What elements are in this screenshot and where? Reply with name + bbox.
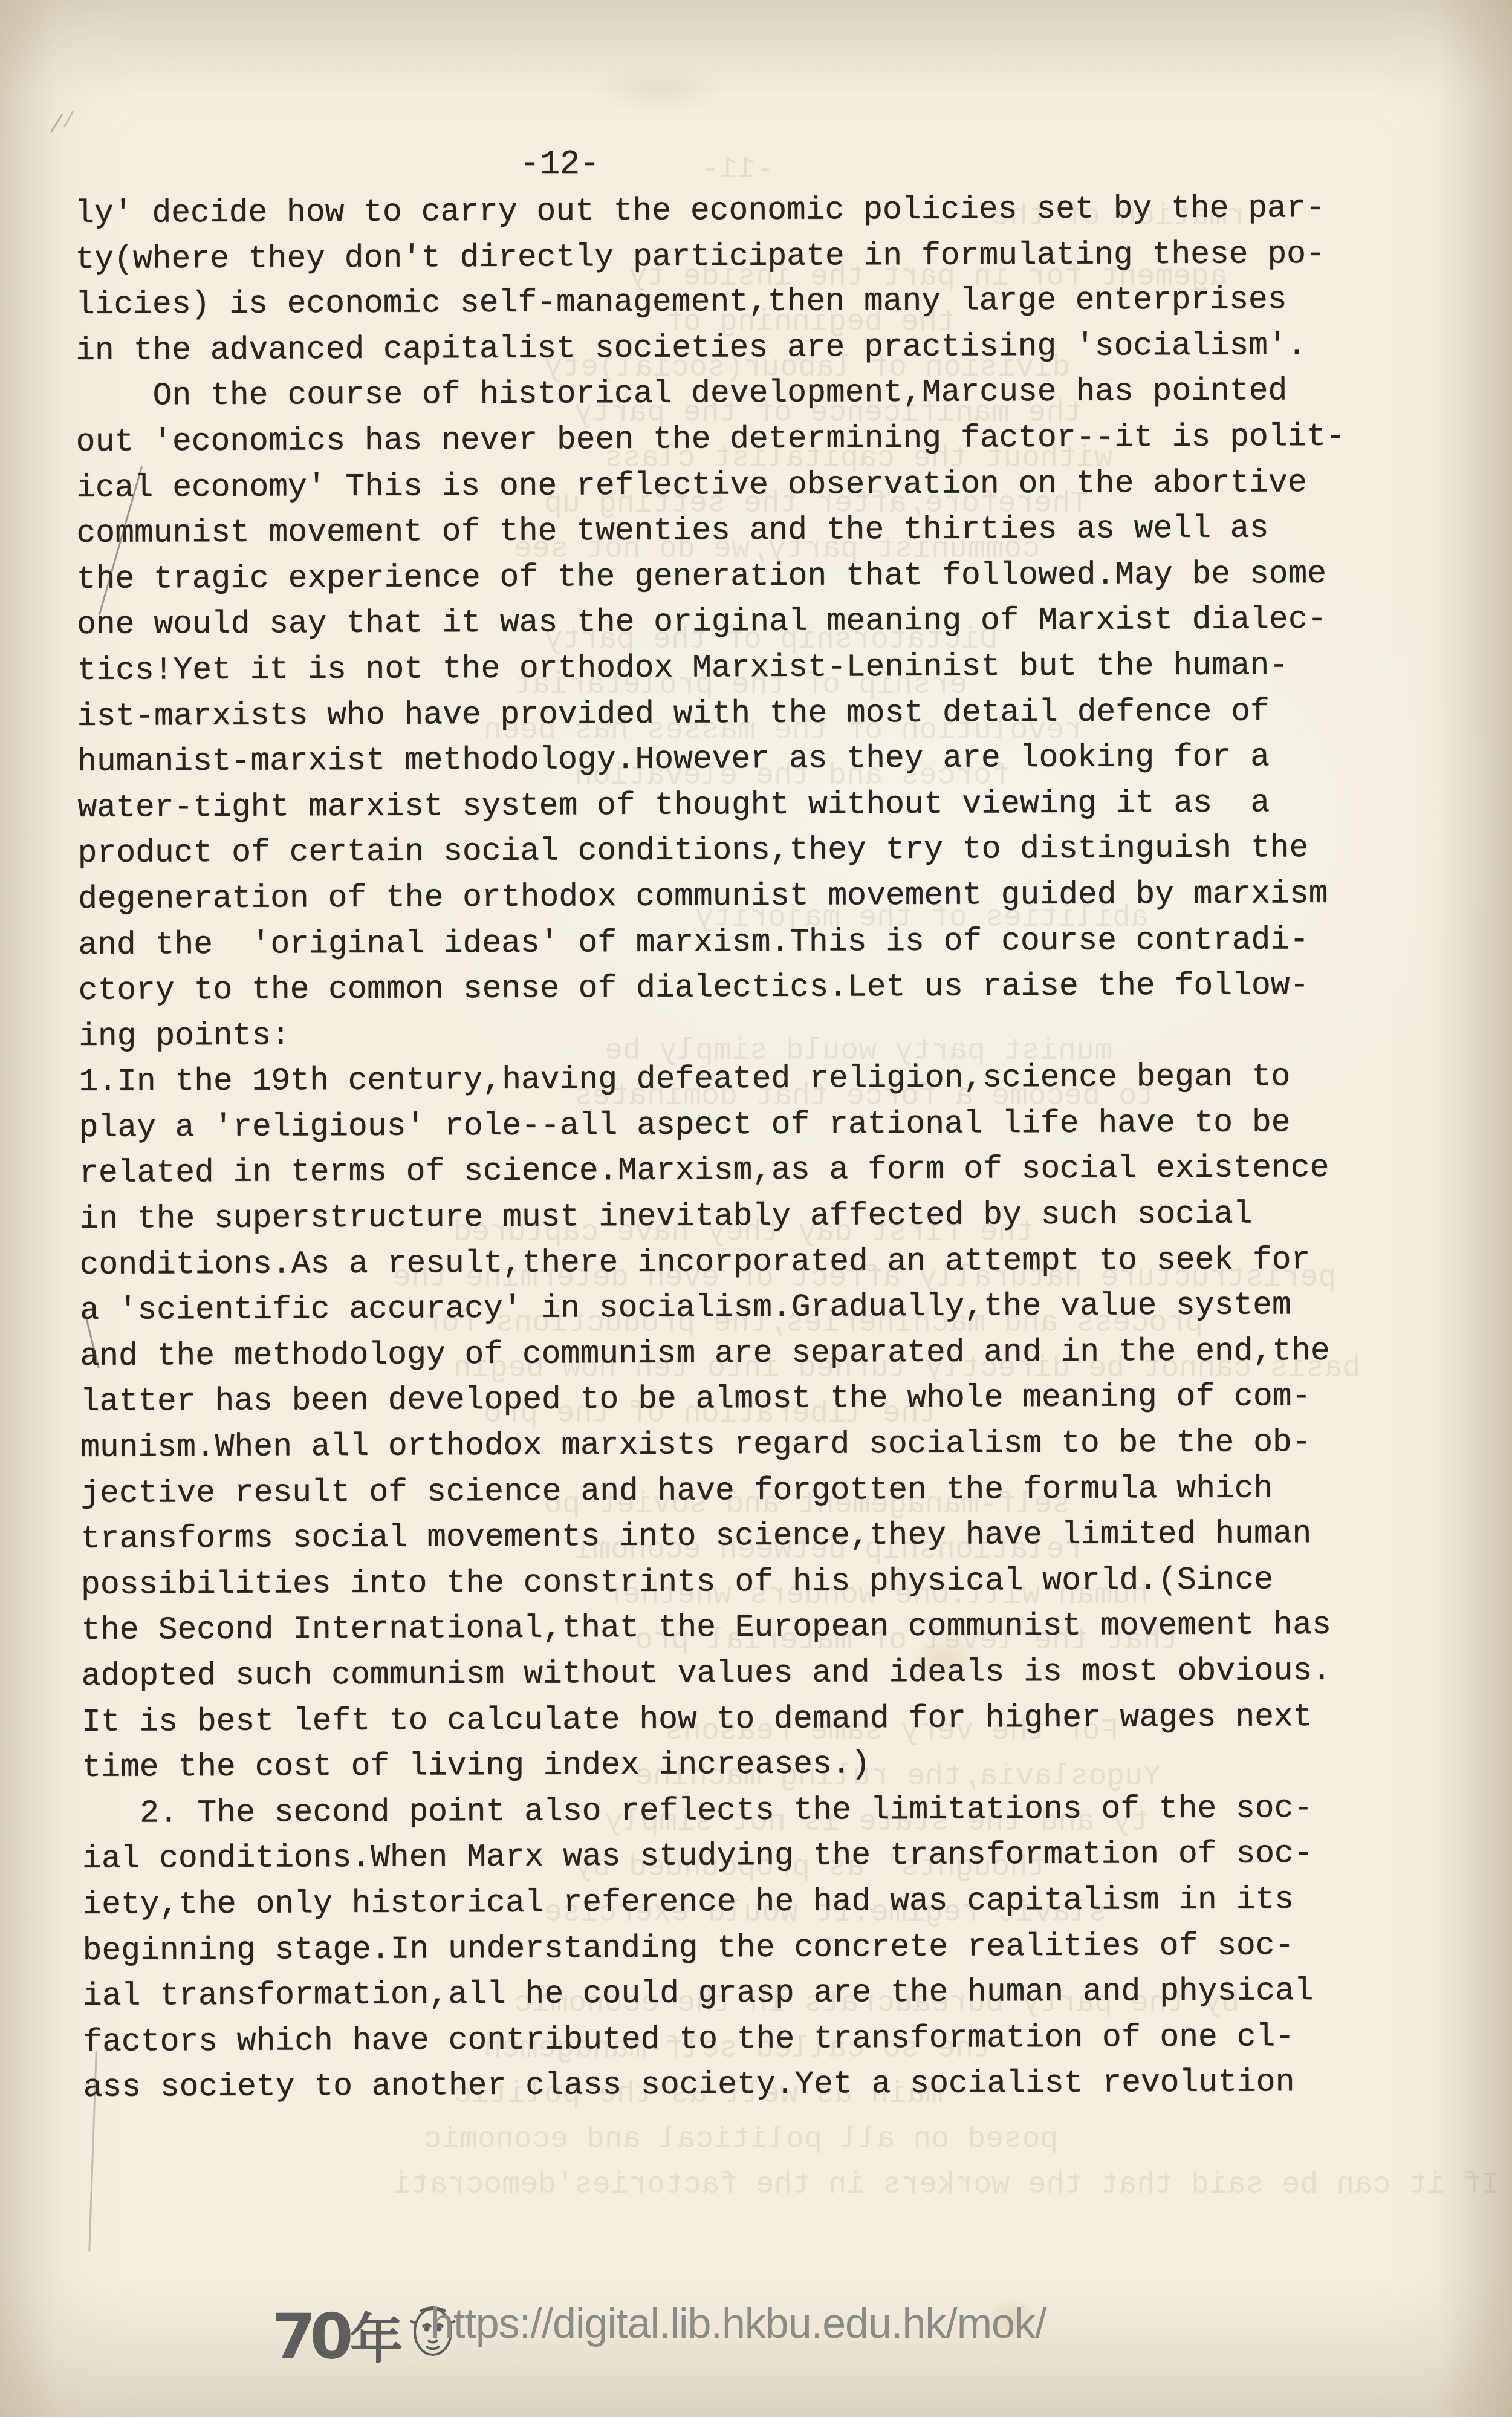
text-line: factors which have contributed to the tr… [83, 2014, 1346, 2066]
text-line: transforms social movements into science… [81, 1511, 1345, 1563]
footer-url: https://digital.lib.hkbu.edu.hk/mok/ [430, 2299, 1046, 2347]
paper-stain [592, 67, 725, 115]
text-line: ty(where they don't directly participate… [75, 231, 1338, 282]
text-line: in the advanced capitalist societies are… [76, 323, 1339, 374]
text-line: degeneration of the orthodox communist m… [78, 871, 1342, 923]
text-line: play a 'religious' role--all aspect of r… [79, 1100, 1343, 1151]
text-line: ass society to another class society.Yet… [83, 2060, 1347, 2111]
pencil-mark [63, 111, 74, 127]
text-line: On the course of historical development,… [76, 368, 1339, 420]
anniversary-logo: 70 年 [272, 2303, 458, 2363]
logo-year-character: 年 [350, 2315, 403, 2363]
text-line: possibilities into the constrints of his… [81, 1557, 1345, 1609]
text-line: and the 'original ideas' of marxism.This… [78, 917, 1342, 968]
text-line: product of certain social conditions,the… [78, 825, 1342, 877]
ghost-text-line: posed on all political and economic [423, 2123, 1058, 2157]
text-line: adopted such communism without values an… [82, 1648, 1345, 1700]
document-page: -11-rmation of theagement for in part th… [0, 0, 1512, 2417]
text-line: time the cost of living index increases.… [82, 1740, 1345, 1791]
text-line: jective result of science and have forgo… [80, 1465, 1344, 1517]
text-line: ical economy' This is one reflective obs… [76, 460, 1340, 511]
text-line: ial conditions.When Marx was studying th… [82, 1831, 1346, 1882]
text-line: the Second International,that the Europe… [81, 1602, 1345, 1654]
text-line: licies) is economic self-management,then… [76, 277, 1339, 328]
logo-70-text: 70 [272, 2311, 348, 2363]
text-line: ctory to the common sense of dialectics.… [79, 963, 1342, 1014]
text-line: one would say that it was the original m… [77, 597, 1340, 648]
text-line: It is best left to calculate how to dema… [82, 1694, 1345, 1745]
text-line: ing points: [79, 1009, 1342, 1060]
typewritten-text-block: ly' decide how to carry out the economic… [75, 186, 1347, 2111]
text-line: water-tight marxist system of thought wi… [77, 780, 1341, 831]
text-line: latter has been developed to be almost t… [80, 1374, 1344, 1425]
text-line: communist movement of the twenties and t… [76, 506, 1340, 557]
text-line: ial transformation,all he could grasp ar… [83, 1968, 1346, 2020]
text-line: munism.When all orthodox marxists regard… [80, 1420, 1344, 1471]
text-line: ist-marxists who have provided with the … [77, 688, 1341, 740]
text-line: tics!Yet it is not the orthodox Marxist-… [77, 643, 1340, 694]
text-line: related in terms of science.Marxism,as a… [79, 1145, 1343, 1197]
text-line: the tragic experience of the generation … [77, 551, 1340, 603]
text-line: 2. The second point also reflects the li… [82, 1786, 1346, 1837]
text-line: out 'economics has never been the determ… [76, 414, 1340, 466]
text-line: conditions.As a result,there incorporate… [80, 1237, 1343, 1289]
text-line: a 'scientific accuracy' in socialism.Gra… [80, 1283, 1343, 1334]
pencil-mark [50, 114, 63, 133]
text-line: ly' decide how to carry out the economic… [75, 186, 1338, 237]
ghost-text-line: -11- [701, 152, 774, 187]
text-line: iety,the only historical reference he ha… [82, 1877, 1346, 1928]
text-line: and the methodology of communism are sep… [80, 1329, 1343, 1380]
ghost-text-line: If it can be said that the workers in th… [393, 2168, 1499, 2202]
footer-watermark: 70 年 https://d [0, 2281, 1512, 2402]
text-line: in the superstructure must inevitably af… [79, 1191, 1343, 1243]
text-line: humanist-marxist methodology.However as … [77, 734, 1341, 786]
text-line: beginning stage.In understanding the con… [83, 1922, 1346, 1974]
page-number: -12- [520, 145, 600, 183]
text-line: 1.In the 19th century,having defeated re… [79, 1054, 1342, 1105]
